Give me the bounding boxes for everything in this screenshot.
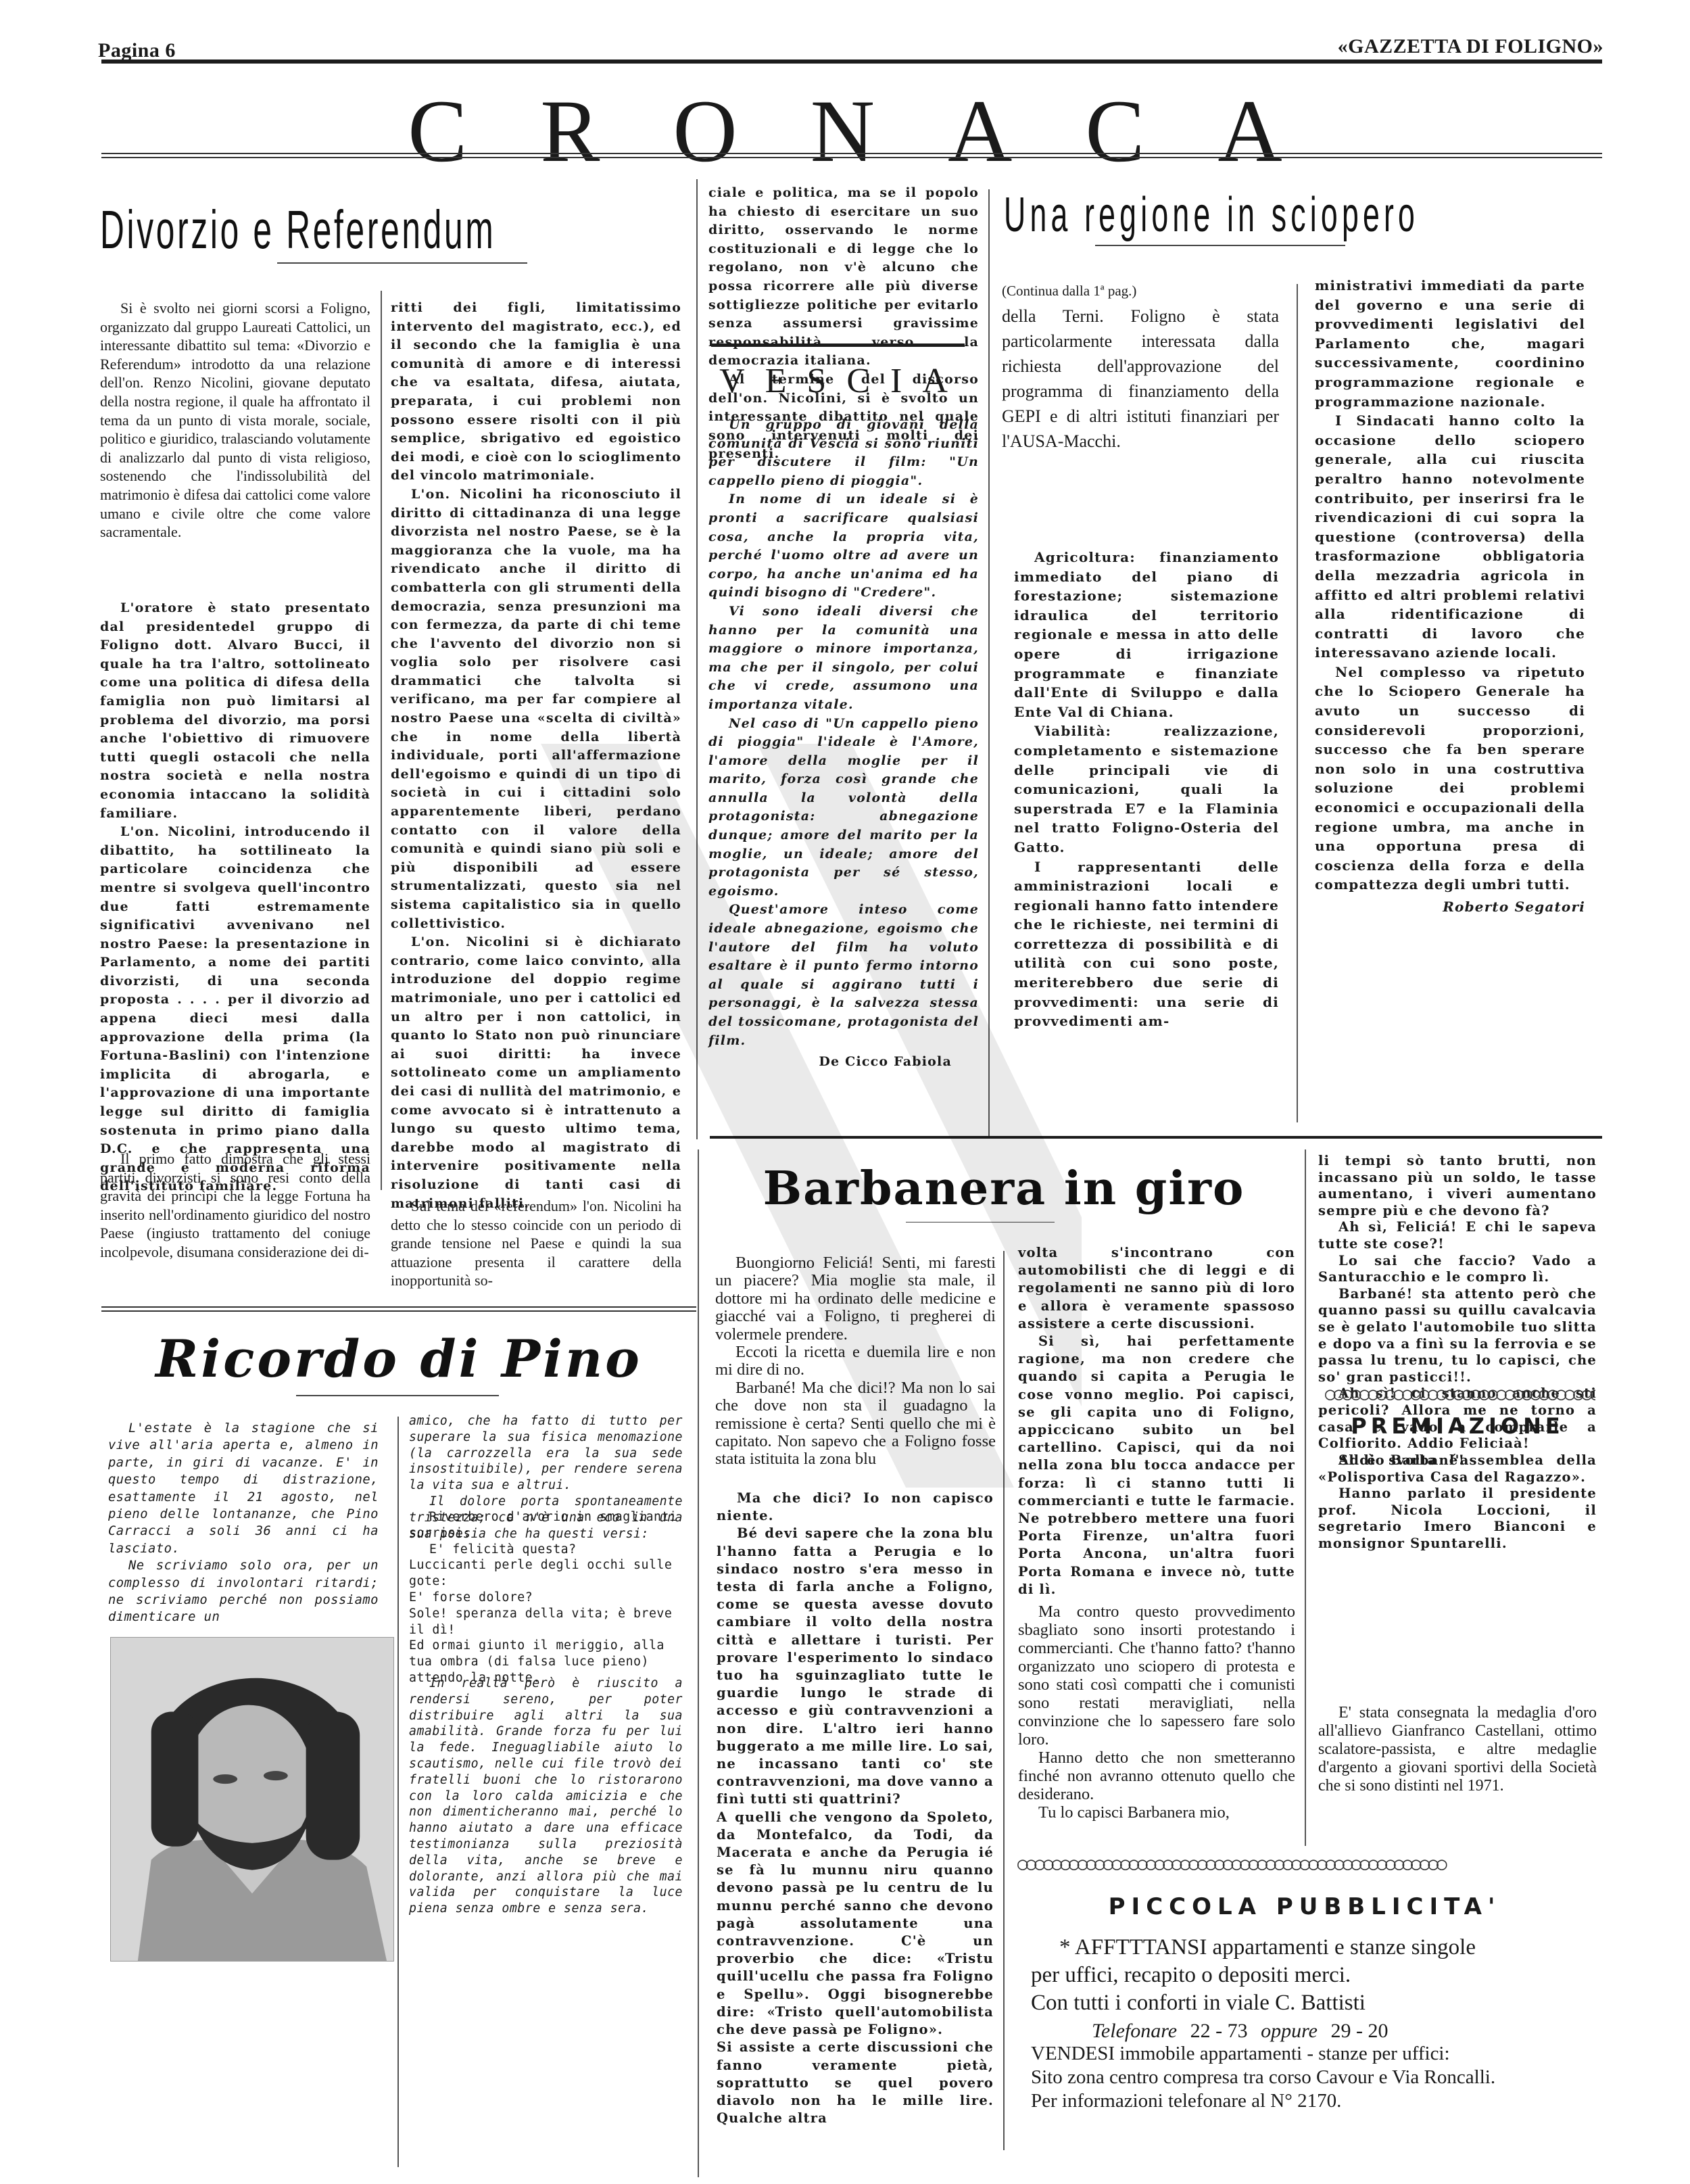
ad-line: * AFFTTTANSI appartamenti e stanze singo… [1031,1934,1599,1962]
pino-top-rule [101,1306,696,1312]
ad-vendesi: VENDESI immobile appartamenti - stanze p… [1031,2042,1599,2113]
paragraph: Agricoltura: finanziamento immediato del… [1014,548,1279,721]
paragraph: volta s'incontrano con automobilisti che… [1018,1244,1295,1333]
poem-line: Riverbero d'avorio in smaglianti sorrisi… [409,1509,683,1542]
column-divider [397,1417,399,2167]
ad-line: Con tutti i conforti in viale C. Battist… [1031,1989,1599,2017]
paragraph: Il primo fatto dimostra che gli stessi p… [100,1149,370,1262]
continuation-note: (Continua dalla 1ª pag.) [1002,279,1279,304]
pino-underline [296,1395,499,1396]
paragraph: Si è svolto nei giorni scorsi a Foligno,… [100,299,370,542]
vescia-rule [711,343,965,347]
premiazione-body-cont: E' stata consegnata la medaglia d'oro al… [1318,1704,1597,1795]
column-divider [1305,1149,1306,1846]
paragraph: Bé devi sapere che la zona blu l'hanno f… [717,1525,994,1808]
poem-line: E' felicità questa? [409,1542,683,1558]
sciopero-signature: Roberto Segatori [1315,897,1585,917]
premiazione-headline: PREMIAZIONE [1318,1413,1597,1439]
paragraph: L'estate è la stagione che si vive all'a… [108,1420,379,1557]
paragraph: della Terni. Foligno è stata particolarm… [1002,304,1279,454]
paragraph: Un gruppo di giovani della comunità di V… [708,416,979,490]
vescia-signature: De Cicco Fabiola [708,1053,979,1072]
header-rule [101,60,1602,64]
barbanera-col2: volta s'incontrano con automobilisti che… [1018,1244,1295,1598]
pino-poem: Riverbero d'avorio in smaglianti sorrisi… [409,1509,683,1686]
portrait-image [111,1638,393,1961]
divorzio-col2: ritti dei figli, limitatissimo intervent… [391,299,681,1213]
paragraph: In nome di un ideale si è pronti a sacri… [708,490,979,602]
barbanera-underline [906,1222,1055,1222]
divorzio-underline [277,262,527,264]
paragraph: Buongiorno Feliciá! Senti, mi faresti un… [715,1254,996,1344]
paragraph: In realtà però è riuscito a rendersi ser… [409,1676,683,1917]
paragraph: Barbané! Ma che dici!? Ma non lo sai che… [715,1379,996,1469]
paragraph: Sul tema del «referendum» l'on. Nicolini… [391,1197,681,1290]
divorzio-col2-end: Sul tema del «referendum» l'on. Nicolini… [391,1197,681,1290]
sciopero-col1-cont: Agricoltura: finanziamento immediato del… [1014,548,1279,1031]
section-rule [101,153,1602,158]
phone-label: Telefonare [1092,2020,1177,2042]
sciopero-col2: ministrativi immediati da parte del gove… [1315,276,1585,917]
paragraph: Lo sai che faccio? Vado a Santuracchio e… [1318,1253,1597,1286]
paragraph: Quest'amore inteso come ideale abnegazio… [708,901,979,1050]
premiazione-body: Sl è svolta l'assemblea della «Polisport… [1318,1452,1597,1552]
paragraph: Ne scriviamo solo ora, per un complesso … [108,1557,379,1626]
paragraph: Sl è svolta l'assemblea della «Polisport… [1318,1452,1597,1486]
pubblicita-headline: PICCOLA PUBBLICITA' [1007,1893,1602,1920]
ad-affittansi: * AFFTTTANSI appartamenti e stanze singo… [1031,1934,1599,2045]
poem-line: E' forse dolore? [409,1590,683,1606]
paragraph: Si assiste a certe discussioni che fanno… [717,2039,994,2127]
sciopero-underline [1095,245,1345,246]
paragraph: I Sindacati hanno colto la occasione del… [1315,411,1585,663]
poem-line: Luccicanti perle degli occhi sulle gote: [409,1557,683,1590]
barbanera-col1: Buongiorno Feliciá! Senti, mi faresti un… [715,1254,996,1469]
paragraph: Barbané! sta attento però che quanno pas… [1318,1286,1597,1386]
column-divider [381,291,382,1190]
ad-line: Sito zona centro compresa tra corso Cavo… [1031,2066,1599,2089]
paragraph: Nel complesso va ripetuto che lo Scioper… [1315,663,1585,895]
sciopero-headline: Una regione in sciopero [1004,191,1419,239]
barbanera-col1-cont: Ma che dici? Io non capisco niente. Bé d… [717,1490,994,2127]
sciopero-col1: (Continua dalla 1ª pag.) della Terni. Fo… [1002,279,1279,454]
paragraph: ministrativi immediati da parte del gove… [1315,276,1585,411]
vescia-body: Un gruppo di giovani della comunità di V… [708,416,979,1072]
page-number: Pagina 6 [98,39,176,62]
divorzio-col1: Si è svolto nei giorni scorsi a Foligno,… [100,299,370,542]
ornamental-rule: ○○○○○○○○○○○○○○○○○○○○○○○○○○○○○○○○○○○○○○○○… [1325,1388,1595,1400]
paragraph: Nel caso di "Un cappello pieno di pioggi… [708,715,979,901]
paragraph: Eccoti la ricetta e duemila lire e non m… [715,1344,996,1379]
vescia-headline: VESCIA [708,361,979,401]
paragraph: Hanno detto che non smetteranno finché n… [1018,1749,1295,1803]
ornamental-rule: ○○○○○○○○○○○○○○○○○○○○○○○○○○○○○○○○○○○○○○○○… [1017,1858,1599,1870]
paragraph: L'on. Nicolini si è dichiarato contrario… [391,933,681,1213]
paragraph: Ma che dici? Io non capisco niente. [717,1490,994,1525]
paragraph: Si sì, hai perfettamente ragione, ma non… [1018,1333,1295,1598]
paragraph: L'on. Nicolini ha riconosciuto il diritt… [391,485,681,933]
phone-number: 22 - 73 [1190,2020,1248,2042]
column-divider [1003,1251,1005,2150]
divorzio-headline: Divorzio e Referendum [100,203,496,257]
masthead: «GAZZETTA DI FOLIGNO» [1338,35,1603,58]
phone-or: oppure [1261,2020,1318,2042]
poem-line: Sole! speranza della vita; è breve il dì… [409,1606,683,1638]
paragraph: Viabilità: realizzazione, completamento … [1014,721,1279,857]
paragraph: L'on. Nicolini, introducendo il dibattit… [100,823,370,1196]
paragraph: E' stata consegnata la medaglia d'oro al… [1318,1704,1597,1795]
paragraph: Ah sì, Feliciá! E chi le sapeva tutte st… [1318,1219,1597,1252]
barbanera-top-rule [710,1136,1602,1139]
phone-number: 29 - 20 [1331,2020,1389,2042]
column-divider [988,189,990,1136]
paragraph: Tu lo capisci Barbanera mio, [1018,1803,1295,1822]
section-title: CRONACA [0,87,1690,176]
paragraph: Vi sono ideali diversi che hanno per la … [708,602,979,715]
pino-headline: Ricordo di Pino [108,1329,690,1389]
divorzio-col1-end: Il primo fatto dimostra che gli stessi p… [100,1149,370,1262]
paragraph: I rappresentanti delle amministrazioni l… [1014,857,1279,1031]
ad-line: Per informazioni telefonare al N° 2170. [1031,2089,1599,2113]
paragraph: ritti dei figli, limitatissimo intervent… [391,299,681,485]
barbanera-headline: Barbanera in giro [710,1162,1298,1216]
divorzio-col1-cont: L'oratore è stato presentato dal preside… [100,599,370,1196]
ad-line: VENDESI immobile appartamenti - stanze p… [1031,2042,1599,2066]
barbanera-col2-cont: Ma contro questo provvedimento sbagliato… [1018,1603,1295,1822]
column-divider [1297,284,1298,1122]
column-divider [696,179,698,1139]
paragraph: amico, che ha fatto di tutto per superar… [409,1413,683,1494]
portrait-photo [110,1637,394,1962]
ad-phone: Telefonare 22 - 73 oppure 29 - 20 [1031,2017,1599,2045]
column-divider [698,1149,699,2177]
pino-col1: L'estate è la stagione che si vive all'a… [108,1420,379,1626]
ad-line: per uffici, recapito o depositi merci. [1031,1962,1599,1989]
paragraph: Ma contro questo provvedimento sbagliato… [1018,1603,1295,1749]
paragraph: A quelli che vengono da Spoleto, da Mont… [717,1809,994,2039]
paragraph: li tempi sò tanto brutti, non incassano … [1318,1153,1597,1219]
paragraph: Hanno parlato il presidente prof. Nicola… [1318,1486,1597,1552]
pino-col2-end: In realtà però è riuscito a rendersi ser… [409,1676,683,1917]
paragraph: L'oratore è stato presentato dal preside… [100,599,370,823]
paragraph: ciale e politica, ma se il popolo ha chi… [708,184,979,371]
